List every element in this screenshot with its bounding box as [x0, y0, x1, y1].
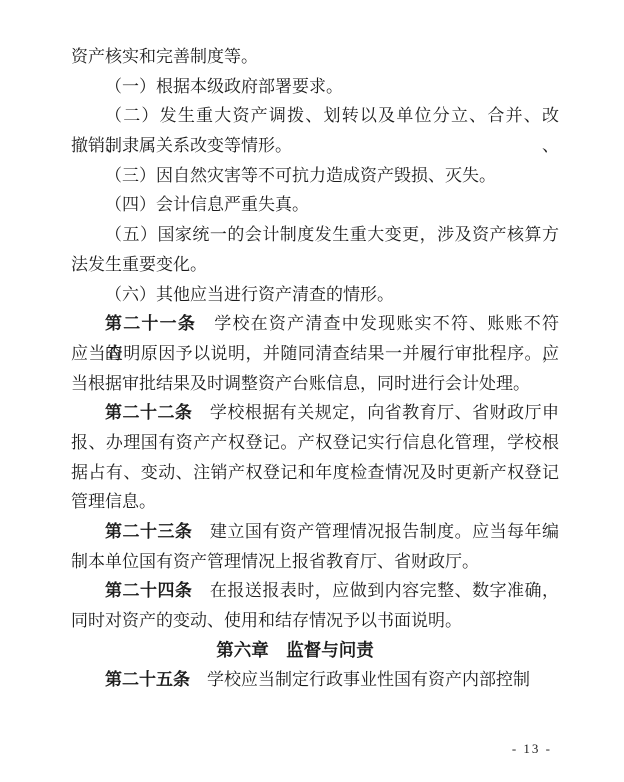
- text-line: 第二十三条 建立国有资产管理情况报告制度。应当每年编: [71, 517, 559, 547]
- text-line: 报、办理国有资产产权登记。产权登记实行信息化管理，学校根: [71, 428, 559, 458]
- text-line: 制本单位国有资产管理情况上报省教育厅、省财政厅。: [71, 547, 559, 577]
- document-body: 资产核实和完善制度等。（一）根据本级政府部署要求。（二）发生重大资产调拨、划转以…: [71, 42, 559, 695]
- text-line: （一）根据本级政府部署要求。: [71, 72, 559, 102]
- article-number-label: 第二十三条: [105, 522, 192, 541]
- text-line: 第二十二条 学校根据有关规定，向省教育厅、省财政厅申: [71, 398, 559, 428]
- text-line: 当根据审批结果及时调整资产台账信息，同时进行会计处理。: [71, 369, 559, 399]
- text-line: 管理信息。: [71, 487, 559, 517]
- article-number-label: 第二十一条: [105, 314, 196, 333]
- body-text-run: 据占有、变动、注销产权登记和年度检查情况及时更新产权登记: [71, 463, 559, 482]
- text-line: 法发生重要变化。: [71, 250, 559, 280]
- text-line: （四）会计信息严重失真。: [71, 190, 559, 220]
- text-line: 第二十四条 在报送报表时，应做到内容完整、数字准确，: [71, 576, 559, 606]
- body-text-run: （一）根据本级政府部署要求。: [105, 77, 343, 96]
- text-line: 第二十五条 学校应当制定行政事业性国有资产内部控制: [71, 665, 559, 695]
- text-line: （五）国家统一的会计制度发生重大变更，涉及资产核算方: [71, 220, 559, 250]
- text-line: 据占有、变动、注销产权登记和年度检查情况及时更新产权登记: [71, 458, 559, 488]
- body-text-run: 同时对资产的变动、使用和结存情况予以书面说明。: [71, 611, 462, 630]
- text-line: 第二十一条 学校在资产清查中发现账实不符、账账不符的，: [71, 309, 559, 339]
- article-number-label: 第二十五条: [105, 670, 190, 689]
- text-line: （三）因自然灾害等不可抗力造成资产毁损、灭失。: [71, 161, 559, 191]
- body-text-run: （六）其他应当进行资产清查的情形。: [105, 285, 394, 304]
- body-text-run: （三）因自然灾害等不可抗力造成资产毁损、灭失。: [105, 166, 496, 185]
- page-number: - 13 -: [512, 741, 552, 757]
- article-number-label: 第二十四条: [105, 581, 192, 600]
- body-text-run: （四）会计信息严重失真。: [105, 195, 309, 214]
- text-line: 应当查明原因予以说明，并随同清查结果一并履行审批程序。应: [71, 339, 559, 369]
- body-text-run: 制本单位国有资产管理情况上报省教育厅、省财政厅。: [71, 552, 479, 571]
- body-text-run: （五）国家统一的会计制度发生重大变更，涉及资产核算方: [105, 225, 559, 244]
- body-text-run: 当根据审批结果及时调整资产台账信息，同时进行会计处理。: [71, 374, 530, 393]
- text-line: （六）其他应当进行资产清查的情形。: [71, 280, 559, 310]
- document-page: 资产核实和完善制度等。（一）根据本级政府部署要求。（二）发生重大资产调拨、划转以…: [0, 0, 624, 782]
- body-text-run: 建立国有资产管理情况报告制度。应当每年编: [192, 522, 559, 541]
- chapter-heading-line: 第六章 监督与问责: [51, 636, 539, 666]
- body-text-run: 撤销、隶属关系改变等情形。: [71, 136, 292, 155]
- text-line: 资产核实和完善制度等。: [71, 42, 559, 72]
- article-number-label: 第二十二条: [105, 403, 192, 422]
- body-text-run: 管理信息。: [71, 492, 156, 511]
- text-line: （二）发生重大资产调拨、划转以及单位分立、合并、改制、: [71, 101, 559, 131]
- chapter-title: 第六章 监督与问责: [216, 640, 374, 660]
- body-text-run: 报、办理国有资产产权登记。产权登记实行信息化管理，学校根: [71, 433, 559, 452]
- body-text-run: 学校应当制定行政事业性国有资产内部控制: [190, 670, 530, 689]
- text-line: 同时对资产的变动、使用和结存情况予以书面说明。: [71, 606, 559, 636]
- body-text-run: 在报送报表时，应做到内容完整、数字准确，: [192, 581, 559, 600]
- body-text-run: 应当查明原因予以说明，并随同清查结果一并履行审批程序。应: [71, 344, 559, 363]
- body-text-run: 法发生重要变化。: [71, 255, 207, 274]
- body-text-run: 学校根据有关规定，向省教育厅、省财政厅申: [192, 403, 559, 422]
- body-text-run: 资产核实和完善制度等。: [71, 47, 258, 66]
